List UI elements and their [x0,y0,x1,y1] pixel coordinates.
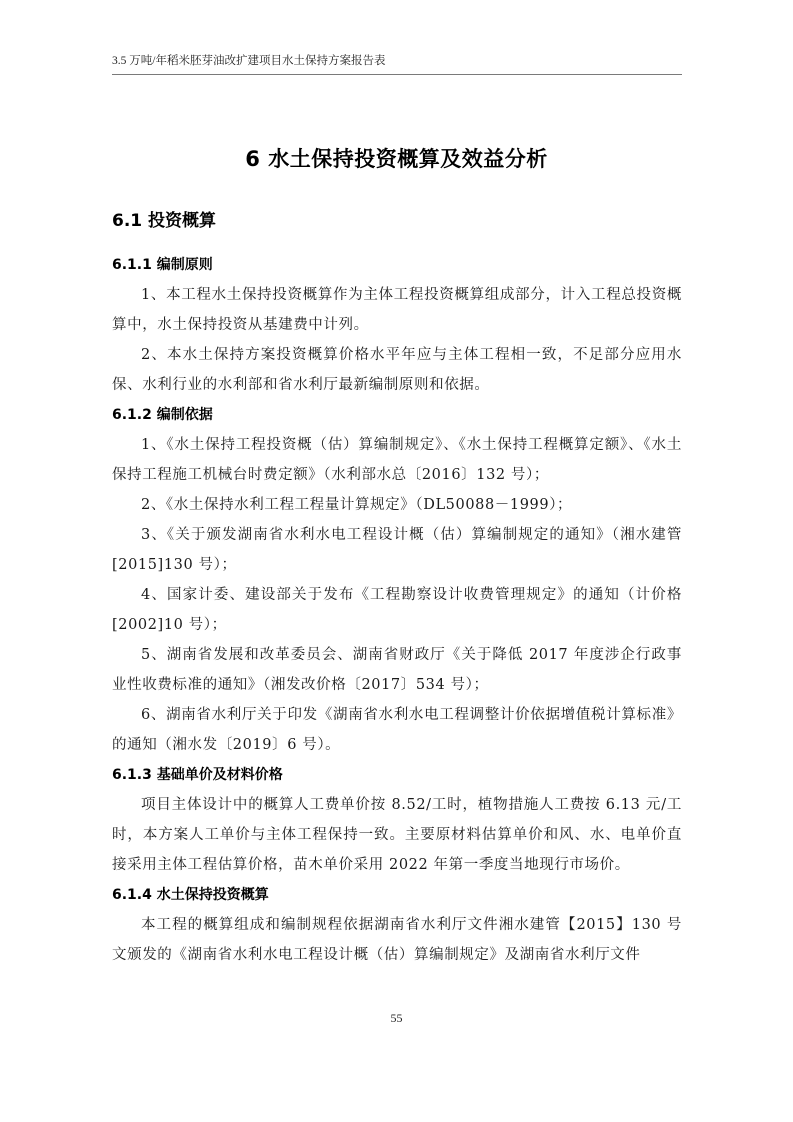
subsection-title: 6.1.1 编制原则 [112,250,682,280]
subsection-compilation-basis: 6.1.2 编制依据 1、《水土保持工程投资概（估）算编制规定》、《水土保持工程… [112,400,682,760]
running-header: 3.5 万吨/年稻米胚芽油改扩建项目水土保持方案报告表 [112,53,682,75]
subsection-title: 6.1.2 编制依据 [112,400,682,430]
paragraph: 本工程的概算组成和编制规程依据湖南省水利厅文件湘水建管【2015】130 号文颁… [112,910,682,970]
paragraph: 项目主体设计中的概算人工费单价按 8.52/工时，植物措施人工费按 6.13 元… [112,790,682,880]
subsection-unit-prices: 6.1.3 基础单价及材料价格 项目主体设计中的概算人工费单价按 8.52/工时… [112,760,682,880]
paragraph: 5、湖南省发展和改革委员会、湖南省财政厅《关于降低 2017 年度涉企行政事业性… [112,640,682,700]
subsection-compilation-principles: 6.1.1 编制原则 1、本工程水土保持投资概算作为主体工程投资概算组成部分，计… [112,250,682,400]
paragraph: 3、《关于颁发湖南省水利水电工程设计概（估）算编制规定的通知》（湘水建管[201… [112,520,682,580]
subsection-title: 6.1.3 基础单价及材料价格 [112,760,682,790]
paragraph: 1、《水土保持工程投资概（估）算编制规定》、《水土保持工程概算定额》、《水土保持… [112,430,682,490]
paragraph: 6、湖南省水利厅关于印发《湖南省水利水电工程调整计价依据增值税计算标准》的通知（… [112,700,682,760]
subsection-investment-estimate: 6.1.4 水土保持投资概算 本工程的概算组成和编制规程依据湖南省水利厅文件湘水… [112,880,682,970]
page-number: 55 [0,1011,793,1026]
document-body: 6.1.1 编制原则 1、本工程水土保持投资概算作为主体工程投资概算组成部分，计… [112,250,682,970]
chapter-title: 6 水土保持投资概算及效益分析 [0,143,793,173]
running-header-title: 3.5 万吨/年稻米胚芽油改扩建项目水土保持方案报告表 [112,55,385,67]
paragraph: 2、《水土保持水利工程工程量计算规定》（DL50088－1999）； [112,490,682,520]
paragraph: 1、本工程水土保持投资概算作为主体工程投资概算组成部分，计入工程总投资概算中，水… [112,280,682,340]
section-title: 6.1 投资概算 [112,206,216,231]
subsection-title: 6.1.4 水土保持投资概算 [112,880,682,910]
paragraph: 4、国家计委、建设部关于发布《工程勘察设计收费管理规定》的通知（计价格 [200… [112,580,682,640]
paragraph: 2、本水土保持方案投资概算价格水平年应与主体工程相一致，不足部分应用水保、水利行… [112,340,682,400]
